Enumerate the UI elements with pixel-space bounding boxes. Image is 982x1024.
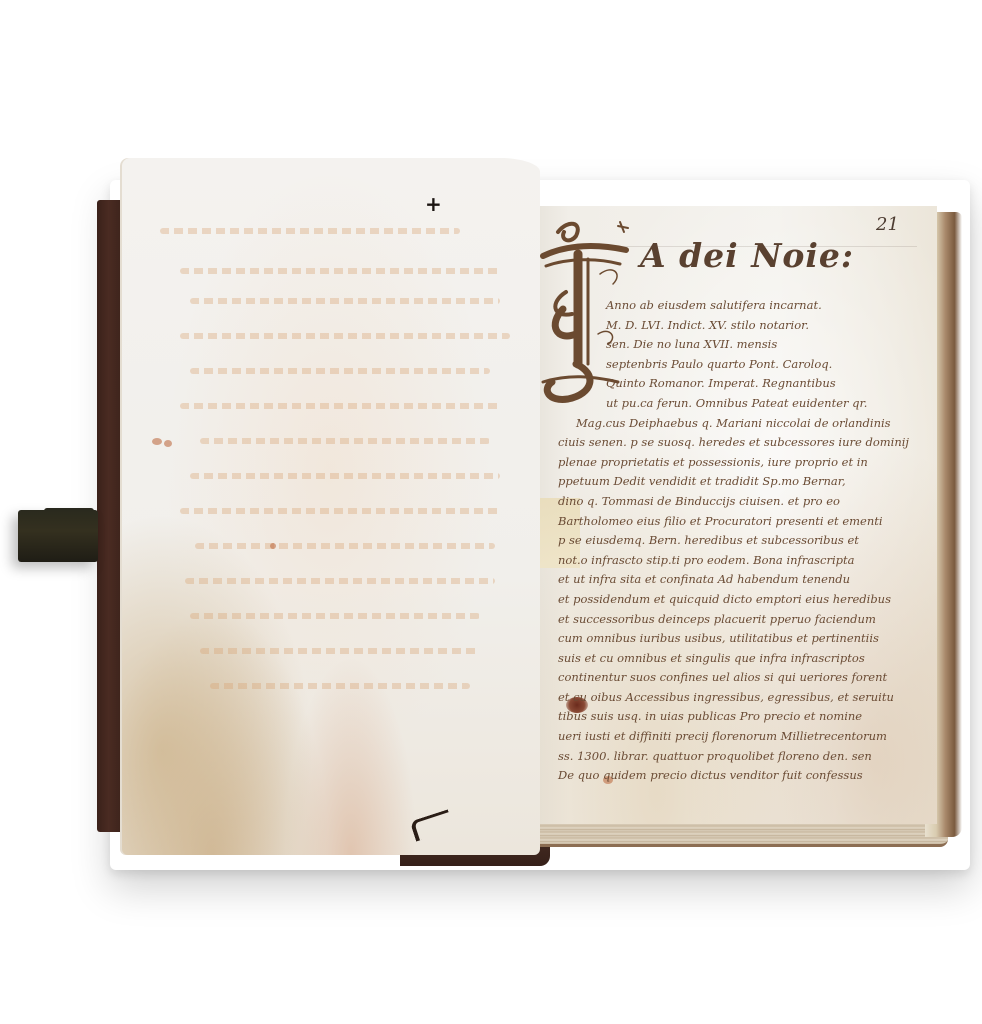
show-through-writing: [190, 368, 490, 374]
text-line: Anno ab eiusdem salutifera incarnat.: [606, 296, 906, 316]
text-line: ueri iusti et diffiniti precij florenoru…: [558, 727, 906, 747]
worm-damage-marks: +: [425, 192, 445, 216]
text-line: tibus suis usq. in uias publicas Pro pre…: [558, 707, 906, 727]
text-line: suis et cu omnibus et singulis que infra…: [558, 649, 906, 669]
show-through-writing: [180, 508, 500, 514]
text-line: continentur suos confines uel alios si q…: [558, 668, 906, 688]
text-line: p se eiusdemq. Bern. heredibus et subces…: [558, 531, 906, 551]
text-line: Quinto Romanor. Imperat. Regnantibus: [606, 374, 906, 394]
show-through-writing: [160, 228, 460, 234]
show-through-writing: [190, 613, 480, 619]
show-through-writing: [200, 438, 490, 444]
text-line: ss. 1300. librar. quattuor proquolibet f…: [558, 747, 906, 767]
text-line: plenae proprietatis et possessionis, iur…: [558, 453, 906, 473]
text-line: Mag.cus Deiphaebus q. Mariani niccolai d…: [576, 414, 906, 434]
text-line: et cu oibus Accessibus ingressibus, egre…: [558, 688, 906, 708]
show-through-writing: [190, 473, 500, 479]
text-line: et possidendum et quicquid dicto emptori…: [558, 590, 906, 610]
show-through-writing: [210, 683, 470, 689]
text-line: ciuis senen. p se suosq. heredes et subc…: [558, 433, 906, 453]
manuscript-text: Anno ab eiusdem salutifera incarnat. M. …: [606, 296, 906, 786]
show-through-writing: [180, 333, 510, 339]
show-through-writing: [180, 403, 500, 409]
foxing-spot: [164, 440, 172, 447]
metal-clasp: [18, 510, 98, 562]
show-through-writing: [200, 648, 480, 654]
text-line: Bartholomeo eius filio et Procuratori pr…: [558, 512, 906, 532]
left-page-flyleaf: [120, 158, 540, 855]
text-line: septenbris Paulo quarto Pont. Caroloq.: [606, 355, 906, 375]
text-line: ppetuum Dedit vendidit et tradidit Sp.mo…: [558, 472, 906, 492]
show-through-writing: [185, 578, 495, 584]
show-through-writing: [190, 298, 500, 304]
foxing-spot: [152, 438, 162, 445]
page-heading: A dei Noie:: [640, 236, 854, 275]
show-through-writing: [180, 268, 500, 274]
show-through-writing: [195, 543, 495, 549]
text-line: dino q. Tommasi de Binduccijs ciuisen. e…: [558, 492, 906, 512]
folio-number: 21: [876, 214, 899, 235]
text-line: et successoribus deinceps placuerit pper…: [558, 610, 906, 630]
text-line: M. D. LVI. Indict. XV. stilo notarior.: [606, 316, 906, 336]
text-line: cum omnibus iuribus usibus, utilitatibus…: [558, 629, 906, 649]
text-line: et ut infra sita et confinata Ad habendu…: [558, 570, 906, 590]
text-line: ut pu.ca ferun. Omnibus Pateat euidenter…: [606, 394, 906, 414]
foxing-spot: [270, 543, 276, 549]
text-line: De quo quidem precio dictus venditor fui…: [558, 766, 906, 786]
text-line: sen. Die no luna XVII. mensis: [606, 335, 906, 355]
text-line: not.o infrascto stip.ti pro eodem. Bona …: [558, 551, 906, 571]
